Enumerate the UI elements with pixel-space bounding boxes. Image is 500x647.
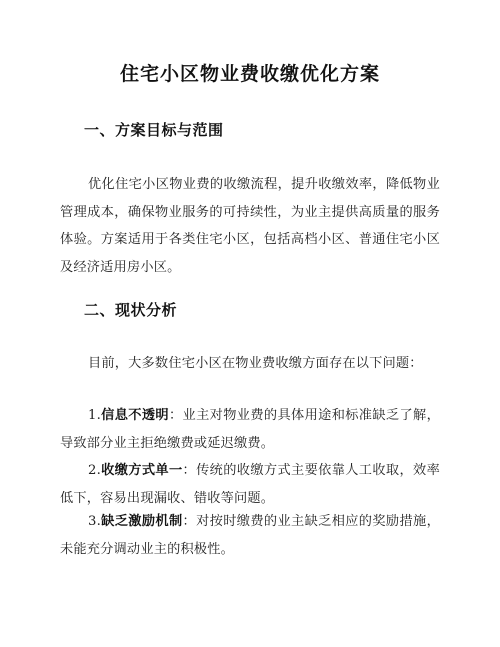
- problem-item-colon: ：: [169, 408, 183, 423]
- status-analysis-intro: 目前，大多数住宅小区在物业费收缴方面存在以下问题：: [60, 350, 440, 378]
- problem-item-colon: ：: [183, 463, 197, 478]
- problem-item-label: 收缴方式单一: [101, 463, 183, 478]
- section-heading-status-analysis: 二、现状分析: [84, 298, 177, 322]
- problem-item-number: 1.: [88, 408, 101, 423]
- problem-item-label: 信息不透明: [101, 408, 169, 423]
- document-title: 住宅小区物业费收缴优化方案: [0, 60, 500, 88]
- section-heading-goals-scope: 一、方案目标与范围: [84, 118, 224, 142]
- problem-item-number: 3.: [88, 514, 101, 529]
- problem-item-number: 2.: [88, 463, 101, 478]
- problem-item-3: 3.缺乏激励机制：对按时缴费的业主缺乏相应的奖励措施，未能充分调动业主的积极性。: [60, 508, 440, 563]
- problem-item-1: 1.信息不透明：业主对物业费的具体用途和标准缺乏了解，导致部分业主拒绝缴费或延迟…: [60, 402, 440, 457]
- problem-item-2: 2.收缴方式单一：传统的收缴方式主要依靠人工收取，效率低下，容易出现漏收、错收等…: [60, 457, 440, 512]
- goals-scope-paragraph: 优化住宅小区物业费的收缴流程，提升收缴效率，降低物业管理成本，确保物业服务的可持…: [60, 171, 440, 281]
- document-page: 住宅小区物业费收缴优化方案 一、方案目标与范围 优化住宅小区物业费的收缴流程，提…: [0, 0, 500, 647]
- problem-item-label: 缺乏激励机制: [101, 514, 183, 529]
- problem-item-colon: ：: [183, 514, 197, 529]
